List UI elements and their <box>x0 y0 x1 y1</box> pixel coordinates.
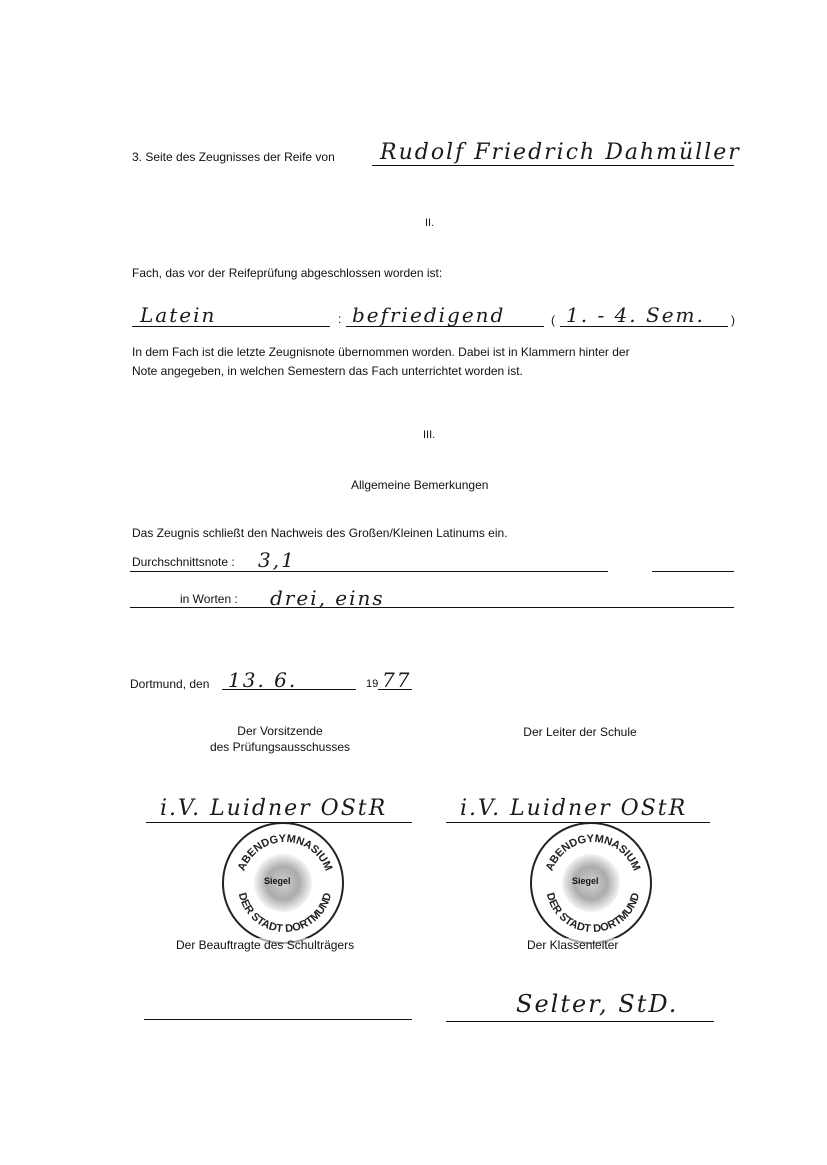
delegate-sig-line <box>144 1019 412 1020</box>
delegate-title: Der Beauftragte des Schulträgers <box>176 938 354 952</box>
section-iii-numeral: III. <box>423 429 435 441</box>
svg-text:ABENDGYMNASIUM: ABENDGYMNASIUM <box>236 833 335 873</box>
subject-line <box>132 326 330 327</box>
average-line-right <box>652 571 734 572</box>
header-label: 3. Seite des Zeugnisses der Reife von <box>132 150 335 164</box>
subject-value: Latein <box>140 303 216 327</box>
chair-title-1: Der Vorsitzende <box>180 724 380 738</box>
subject-intro: Fach, das vor der Reifeprüfung abgeschlo… <box>132 266 442 280</box>
words-label: in Worten : <box>180 592 238 606</box>
class-teacher-title: Der Klassenleiter <box>527 938 618 952</box>
semesters-line <box>560 326 728 327</box>
average-line <box>130 571 608 572</box>
words-line <box>130 607 734 608</box>
principal-title: Der Leiter der Schule <box>480 725 680 739</box>
remarks-title: Allgemeine Bemerkungen <box>351 478 488 492</box>
year-century: 19 <box>366 678 378 690</box>
latinum-statement: Das Zeugnis schließt den Nachweis des Gr… <box>132 526 508 540</box>
chair-title-2: des Prüfungsausschusses <box>180 740 380 754</box>
name-line <box>372 165 734 166</box>
class-teacher-signature: Selter, StD. <box>516 990 678 1018</box>
year-line <box>378 689 412 690</box>
student-name: Rudolf Friedrich Dahmüller <box>380 140 741 165</box>
grade-line <box>346 326 544 327</box>
date-line <box>222 689 356 690</box>
class-teacher-sig-line <box>446 1021 714 1022</box>
note-line-2: Note angegeben, in welchen Semestern das… <box>132 364 523 378</box>
official-stamp-left: ABENDGYMNASIUM DER STADT DORTMUND Siegel <box>222 822 344 944</box>
svg-text:ABENDGYMNASIUM: ABENDGYMNASIUM <box>544 833 643 873</box>
place-label: Dortmund, den <box>130 677 209 691</box>
stamp-center-text: Siegel <box>572 876 599 886</box>
note-line-1: In dem Fach ist die letzte Zeugnisnote ü… <box>132 345 630 359</box>
average-label: Durchschnittsnote : <box>132 555 235 569</box>
svg-text:DER STADT DORTMUND: DER STADT DORTMUND <box>544 891 642 935</box>
semesters-value: 1. - 4. Sem. <box>566 303 705 327</box>
stamp-center-text: Siegel <box>264 876 291 886</box>
paren-open: ( <box>551 313 555 327</box>
svg-text:DER STADT DORTMUND: DER STADT DORTMUND <box>236 891 334 935</box>
grade-value: befriedigend <box>352 303 505 327</box>
average-value: 3,1 <box>258 548 296 572</box>
section-ii-numeral: II. <box>425 217 434 229</box>
colon: : <box>338 312 341 326</box>
principal-signature: i.V. Luidner OStR <box>460 796 687 821</box>
official-stamp-right: ABENDGYMNASIUM DER STADT DORTMUND Siegel <box>530 822 652 944</box>
paren-close: ) <box>731 313 735 327</box>
chair-signature: i.V. Luidner OStR <box>160 796 387 821</box>
